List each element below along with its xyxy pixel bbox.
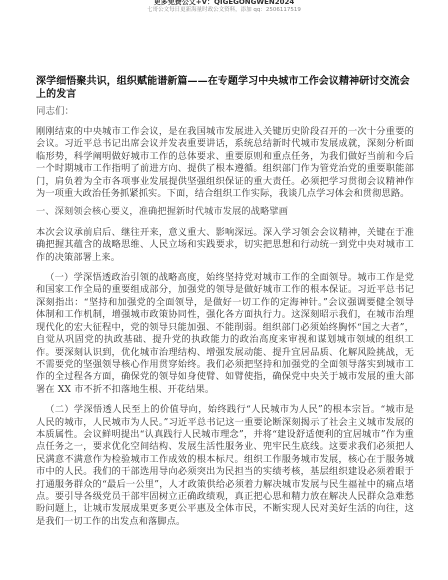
greeting: 同志们： — [36, 105, 414, 118]
document-body: 深学细悟聚共识，组织赋能谱新篇——在专题学习中央城市工作会议精神研讨交流会上的发… — [36, 75, 414, 528]
paragraph-section-1-intro: 本次会议承前启后、继往开来，意义重大、影响深远。深入学习领会会议精神，关键在于准… — [36, 227, 414, 264]
section-heading-1: 一、深刻领会核心要义，准确把握新时代城市发展的战略擘画 — [36, 206, 414, 218]
paragraph-intro: 刚刚结束的中央城市工作会议，是在我国城市发展进入关键历史阶段召开的一次十分重要的… — [36, 126, 414, 200]
header-contact-line: 七哥公文每日更新海量时政公文资料，添加 qq：2506117519 — [0, 6, 448, 14]
page-header-watermark: 更多免费公文+V：QIGEGONGWEN2024 七哥公文每日更新海量时政公文资… — [0, 0, 448, 14]
paragraph-subsection-1: （一）学深悟透政治引领的战略高度，始终坚持党对城市工作的全面领导。城市工作是党和… — [36, 272, 414, 396]
document-title: 深学细悟聚共识，组织赋能谱新篇——在专题学习中央城市工作会议精神研讨交流会上的发… — [36, 75, 414, 101]
paragraph-subsection-2: （二）学深悟透人民至上的价值导向，始终践行“人民城市为人民”的根本宗旨。“城市是… — [36, 404, 414, 528]
